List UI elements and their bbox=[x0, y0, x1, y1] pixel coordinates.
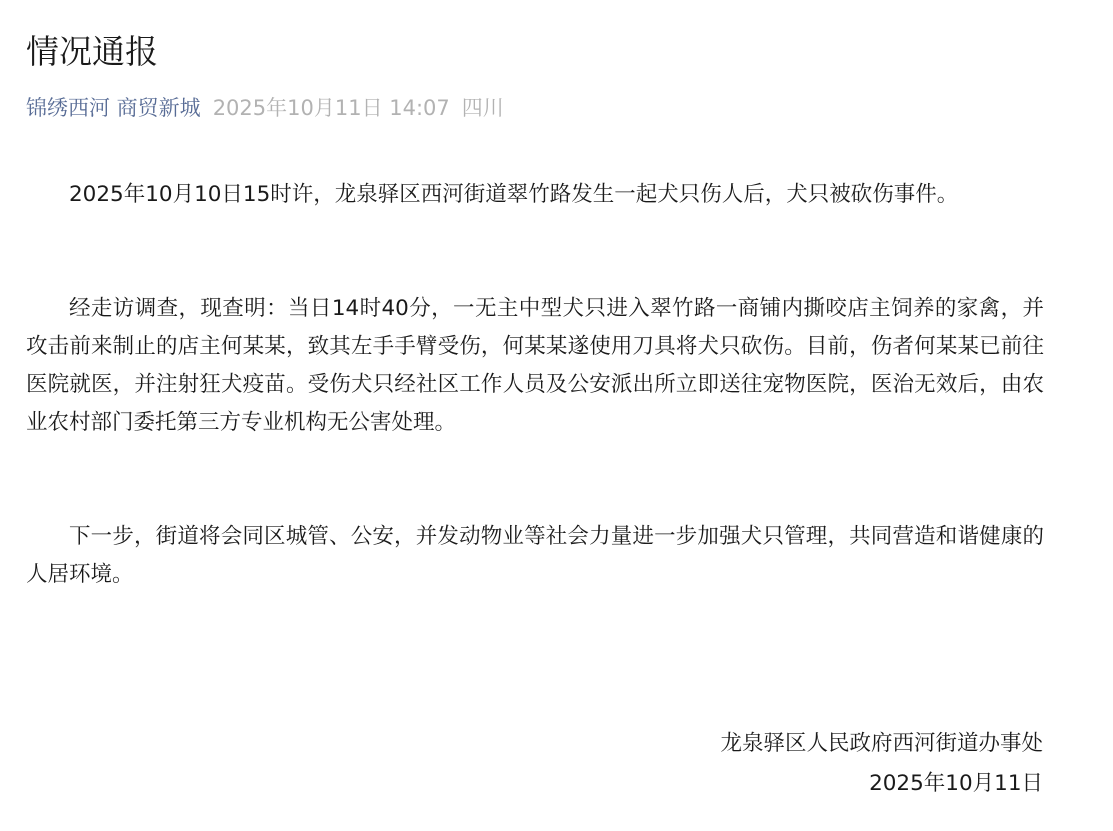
signature-organization: 龙泉驿区人民政府西河街道办事处 bbox=[720, 724, 1043, 764]
publish-datetime: 2025年10月11日 14:07 bbox=[213, 96, 450, 120]
article-body: 2025年10月10日15时许，龙泉驿区西河街道翠竹路发生一起犬只伤人后，犬只被… bbox=[26, 176, 1044, 670]
signature-date: 2025年10月11日 bbox=[720, 764, 1043, 804]
signature-block: 龙泉驿区人民政府西河街道办事处 2025年10月11日 bbox=[720, 724, 1043, 804]
paragraph-2: 经走访调查，现查明：当日14时40分，一无主中型犬只进入翠竹路一商铺内撕咬店主饲… bbox=[26, 290, 1044, 442]
paragraph-3: 下一步，街道将会同区城管、公安，并发动物业等社会力量进一步加强犬只管理，共同营造… bbox=[26, 518, 1044, 594]
author-link[interactable]: 锦绣西河 商贸新城 bbox=[26, 96, 201, 120]
article-title: 情况通报 bbox=[26, 30, 158, 74]
article-meta: 锦绣西河 商贸新城2025年10月11日 14:07四川 bbox=[26, 93, 504, 123]
publish-region: 四川 bbox=[462, 96, 504, 120]
paragraph-1: 2025年10月10日15时许，龙泉驿区西河街道翠竹路发生一起犬只伤人后，犬只被… bbox=[26, 176, 1044, 214]
